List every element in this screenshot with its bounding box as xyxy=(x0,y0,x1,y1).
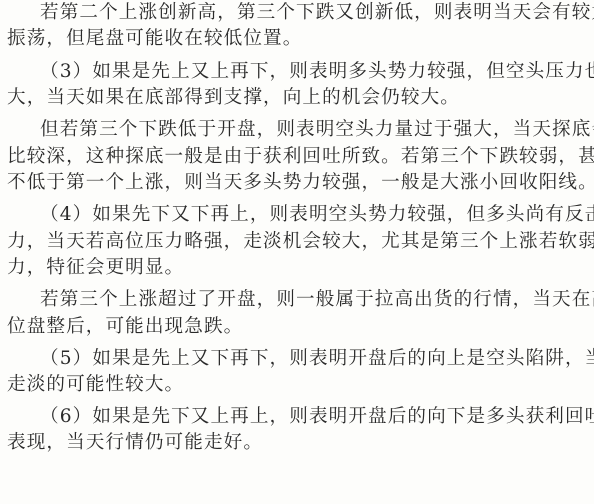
paragraph-3-line-2: 比较深，这种探底一般是由于获利回吐所致。若第三个下跌较弱，甚至 xyxy=(7,144,591,170)
paragraph-3-line-3: 不低于第一个上涨，则当天多头势力较强，一般是大涨小回收阳线。 xyxy=(7,170,591,196)
paragraph-7-line-1: （6）如果是先下又上再上，则表明开盘后的向下是多头获利回吐的 xyxy=(40,404,591,430)
paragraph-6-line-1: （5）如果是先上又下再下，则表明开盘后的向上是空头陷阱，当天 xyxy=(40,346,591,372)
document-page: 若第二个上涨创新高，第三个下跌又创新低，则表明当天会有较大 振荡，但尾盘可能收在… xyxy=(0,0,594,504)
paragraph-1-line-2: 振荡，但尾盘可能收在较低位置。 xyxy=(7,26,591,52)
paragraph-2-line-2: 大，当天如果在底部得到支撑，向上的机会仍较大。 xyxy=(7,85,591,111)
paragraph-4-line-1: （4）如果先下又下再上，则表明空头势力较强，但多头尚有反击余 xyxy=(40,202,591,228)
paragraph-5-line-1: 若第三个上涨超过了开盘，则一般属于拉高出货的行情，当天在高 xyxy=(40,287,591,313)
paragraph-2-line-1: （3）如果是先上又上再下，则表明多头势力较强，但空头压力也 xyxy=(40,59,591,85)
paragraph-3-line-1: 但若第三个下跌低于开盘，则表明空头力量过于强大，当天探底会 xyxy=(40,117,591,143)
paragraph-7-line-2: 表现，当天行情仍可能走好。 xyxy=(7,430,591,456)
paragraph-1-line-1: 若第二个上涨创新高，第三个下跌又创新低，则表明当天会有较大 xyxy=(40,0,591,26)
paragraph-4-line-3: 力，特征会更明显。 xyxy=(7,255,591,281)
paragraph-6-line-2: 走淡的可能性较大。 xyxy=(7,372,591,398)
paragraph-5-line-2: 位盘整后，可能出现急跌。 xyxy=(7,314,591,340)
paragraph-4-line-2: 力，当天若高位压力略强，走淡机会较大，尤其是第三个上涨若软弱无 xyxy=(7,229,591,255)
